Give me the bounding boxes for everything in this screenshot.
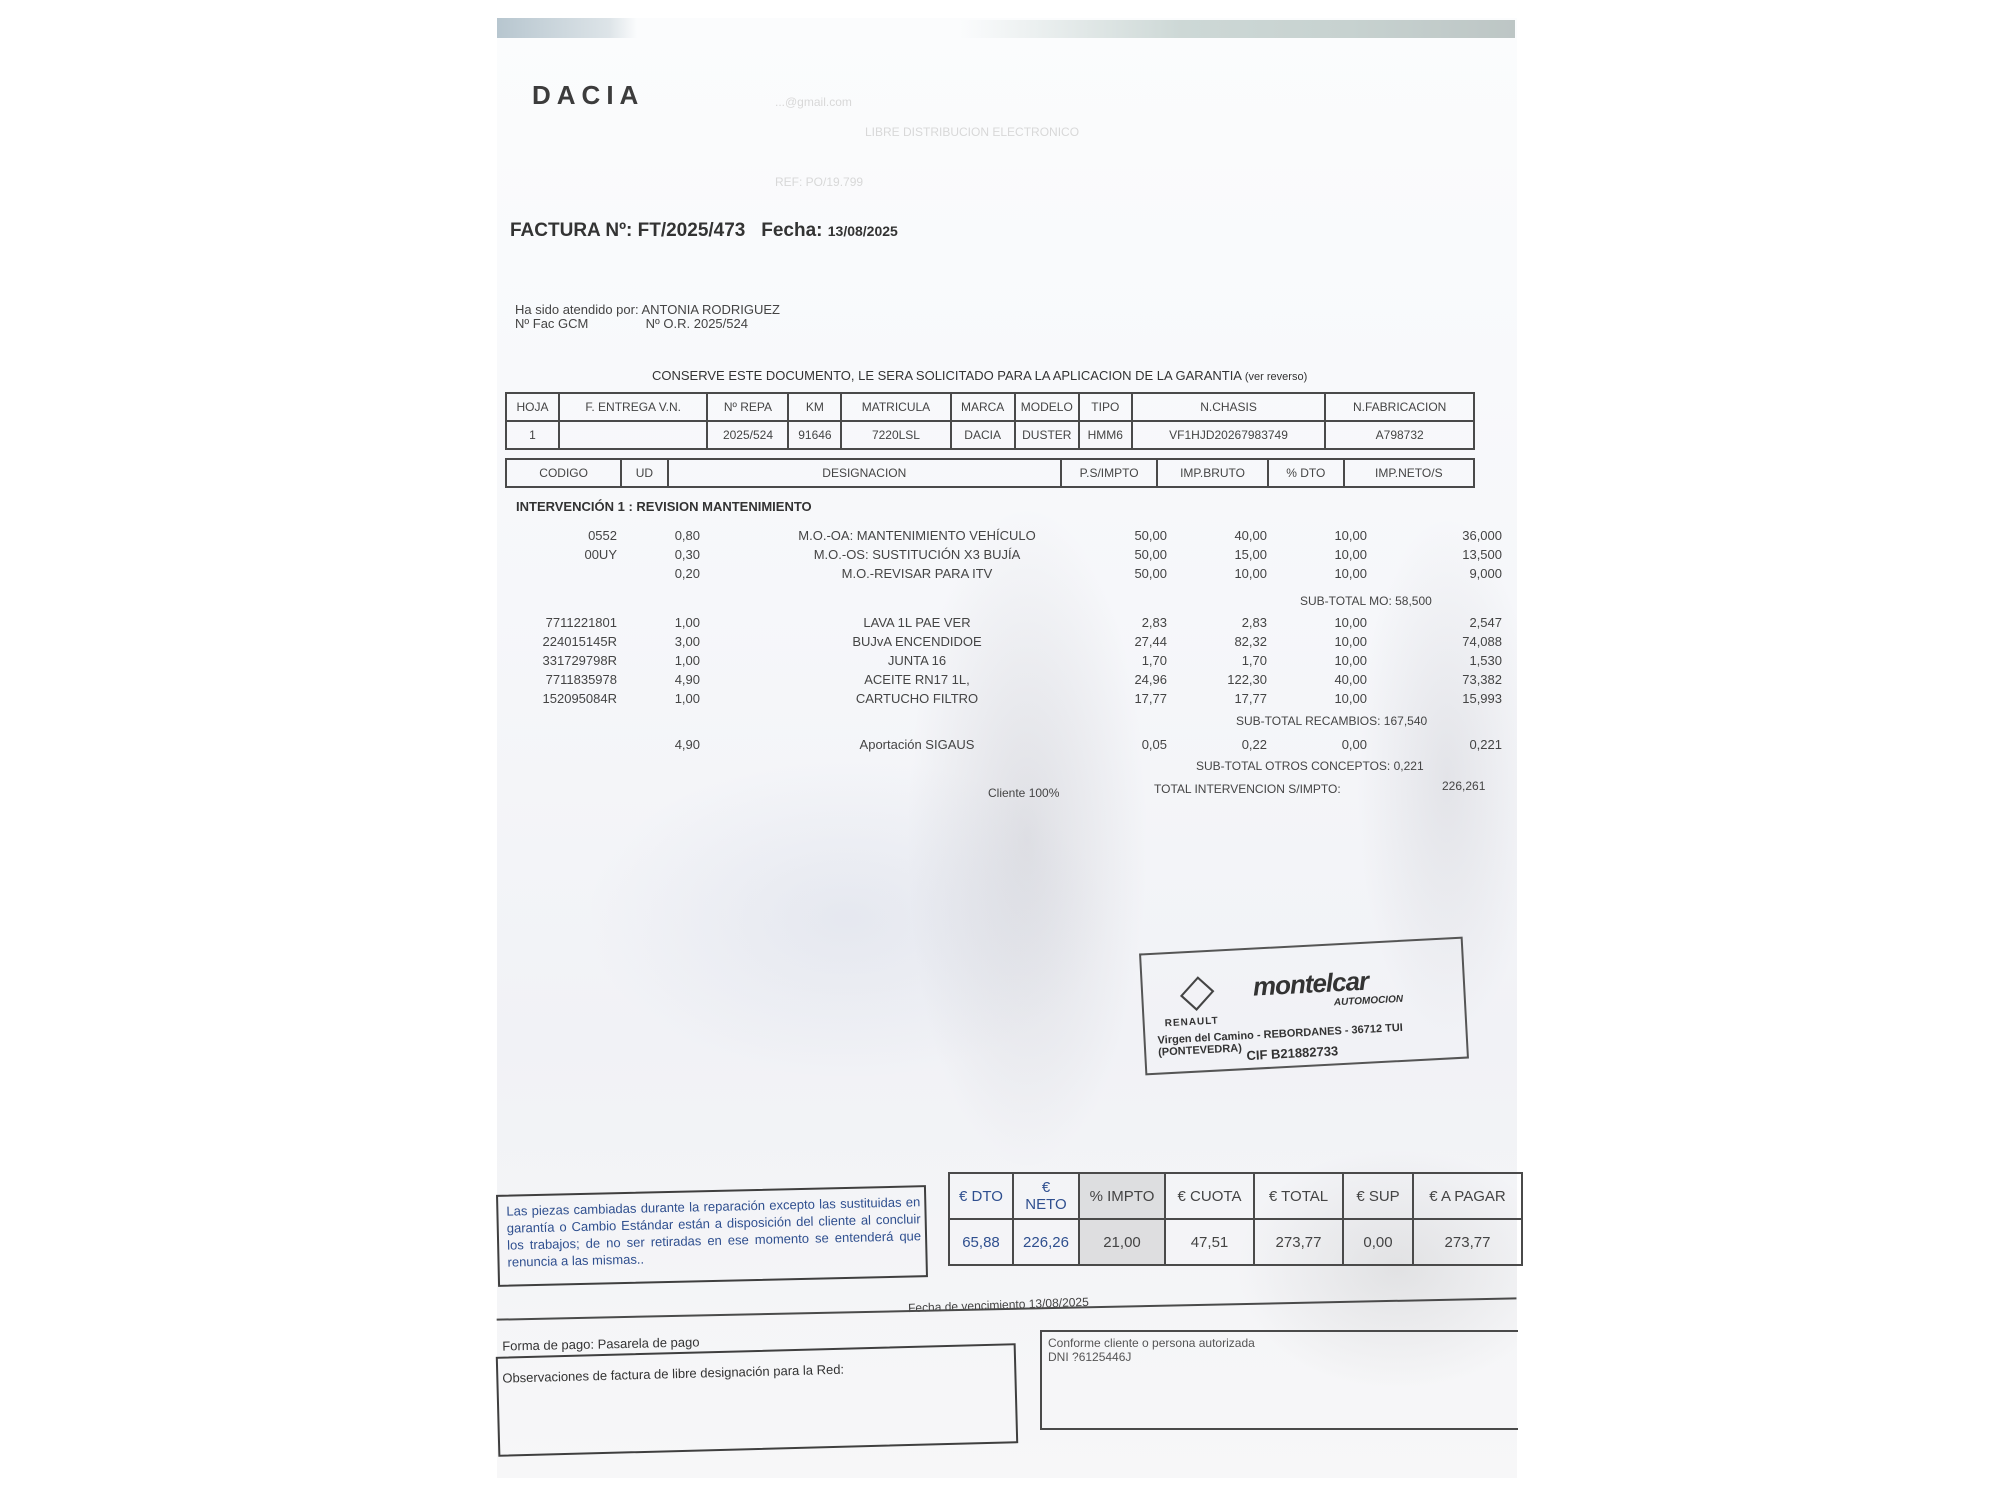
line-net: 9,000 [1377, 566, 1502, 581]
line-discount: 10,00 [1267, 634, 1367, 649]
parts-notice: Las piezas cambiadas durante la reparaci… [496, 1185, 928, 1287]
stamp-brand-sub: AUTOMOCION [1334, 994, 1404, 1009]
subtotal-labour: SUB-TOTAL MO: 58,500 [1300, 594, 1432, 608]
line-price: 0,05 [1077, 737, 1167, 752]
invoice-line: 152095084R1,00CARTUCHO FILTRO17,7717,771… [497, 691, 1517, 709]
line-designation: ACEITE RN17 1L, [727, 672, 1107, 687]
line-ud: 1,00 [620, 653, 700, 668]
line-code: 00UY [517, 547, 617, 562]
line-discount: 10,00 [1267, 615, 1367, 630]
totals-header: € TOTAL [1254, 1173, 1343, 1219]
dealer-stamp: RENAULT montelcar AUTOMOCION Virgen del … [1139, 937, 1469, 1076]
invoice-line: 77118359784,90ACEITE RN17 1L,24,96122,30… [497, 672, 1517, 690]
line-discount: 10,00 [1267, 566, 1367, 581]
total-intervention-label: TOTAL INTERVENCION S/IMPTO: [1154, 782, 1341, 796]
dni-label: DNI [1048, 1350, 1069, 1364]
line-net: 2,547 [1377, 615, 1502, 630]
line-gross: 2,83 [1167, 615, 1267, 630]
totals-table: € DTO€ NETO% IMPTO€ CUOTA€ TOTAL€ SUP€ A… [948, 1172, 1523, 1266]
observations-label: Observaciones de factura de libre design… [502, 1362, 844, 1386]
conformity-label: Conforme cliente o persona autorizada [1048, 1336, 1512, 1350]
line-ud: 1,00 [620, 691, 700, 706]
totals-value: 21,00 [1079, 1219, 1165, 1265]
line-ud: 1,00 [620, 615, 700, 630]
invoice-line: 77112218011,00LAVA 1L PAE VER2,832,8310,… [497, 615, 1517, 633]
line-net: 13,500 [1377, 547, 1502, 562]
totals-value: 47,51 [1165, 1219, 1254, 1265]
stamp-renault: RENAULT [1164, 1015, 1219, 1029]
line-discount: 10,00 [1267, 653, 1367, 668]
totals-value: 0,00 [1343, 1219, 1413, 1265]
totals-header: € SUP [1343, 1173, 1413, 1219]
observations-box: Observaciones de factura de libre design… [496, 1343, 1018, 1457]
line-gross: 122,30 [1167, 672, 1267, 687]
line-net: 1,530 [1377, 653, 1502, 668]
line-designation: M.O.-OA: MANTENIMIENTO VEHÍCULO [727, 528, 1107, 543]
invoice-line: 00UY0,30M.O.-OS: SUSTITUCIÓN X3 BUJÍA50,… [497, 547, 1517, 565]
line-code: 331729798R [517, 653, 617, 668]
totals-value: 226,26 [1013, 1219, 1079, 1265]
dni-value: ?6125446J [1072, 1350, 1131, 1364]
totals-header: € DTO [949, 1173, 1013, 1219]
line-price: 24,96 [1077, 672, 1167, 687]
line-ud: 4,90 [620, 737, 700, 752]
line-price: 50,00 [1077, 528, 1167, 543]
total-intervention-value: 226,261 [1442, 779, 1485, 793]
subtotal-other: SUB-TOTAL OTROS CONCEPTOS: 0,221 [1196, 759, 1424, 773]
totals-value: 65,88 [949, 1219, 1013, 1265]
line-ud: 0,80 [620, 528, 700, 543]
line-gross: 0,22 [1167, 737, 1267, 752]
payment-label: Forma de pago: [502, 1337, 594, 1354]
line-price: 50,00 [1077, 566, 1167, 581]
line-discount: 0,00 [1267, 737, 1367, 752]
totals-header: € NETO [1013, 1173, 1079, 1219]
subtotal-parts: SUB-TOTAL RECAMBIOS: 167,540 [1236, 714, 1427, 728]
invoice-line: 331729798R1,00JUNTA 161,701,7010,001,530 [497, 653, 1517, 671]
line-code: 152095084R [517, 691, 617, 706]
line-price: 50,00 [1077, 547, 1167, 562]
line-ud: 0,20 [620, 566, 700, 581]
line-discount: 40,00 [1267, 672, 1367, 687]
line-gross: 1,70 [1167, 653, 1267, 668]
line-price: 1,70 [1077, 653, 1167, 668]
line-designation: JUNTA 16 [727, 653, 1107, 668]
line-code: 0552 [517, 528, 617, 543]
line-price: 17,77 [1077, 691, 1167, 706]
line-code: 7711835978 [517, 672, 617, 687]
line-discount: 10,00 [1267, 528, 1367, 543]
conformity-box: Conforme cliente o persona autorizada DN… [1040, 1330, 1518, 1430]
invoice-line: 05520,80M.O.-OA: MANTENIMIENTO VEHÍCULO5… [497, 528, 1517, 546]
line-net: 36,000 [1377, 528, 1502, 543]
totals-header: € CUOTA [1165, 1173, 1254, 1219]
line-designation: CARTUCHO FILTRO [727, 691, 1107, 706]
line-discount: 10,00 [1267, 691, 1367, 706]
invoice-line: 4,90Aportación SIGAUS0,050,220,000,221 [497, 737, 1517, 755]
line-designation: BUJvA ENCENDIDOE [727, 634, 1107, 649]
line-code: 7711221801 [517, 615, 617, 630]
line-ud: 3,00 [620, 634, 700, 649]
totals-header: % IMPTO [1079, 1173, 1165, 1219]
line-net: 74,088 [1377, 634, 1502, 649]
invoice-line: 224015145R3,00BUJvA ENCENDIDOE27,4482,32… [497, 634, 1517, 652]
line-net: 15,993 [1377, 691, 1502, 706]
payment-value: Pasarela de pago [597, 1334, 699, 1351]
line-ud: 0,30 [620, 547, 700, 562]
line-code: 224015145R [517, 634, 617, 649]
line-discount: 10,00 [1267, 547, 1367, 562]
line-gross: 17,77 [1167, 691, 1267, 706]
line-price: 2,83 [1077, 615, 1167, 630]
totals-header: € A PAGAR [1413, 1173, 1522, 1219]
line-gross: 10,00 [1167, 566, 1267, 581]
totals-value: 273,77 [1413, 1219, 1522, 1265]
totals-value: 273,77 [1254, 1219, 1343, 1265]
client-share: Cliente 100% [988, 786, 1059, 800]
line-designation: LAVA 1L PAE VER [727, 615, 1107, 630]
renault-logo-icon [1180, 976, 1214, 1011]
line-gross: 15,00 [1167, 547, 1267, 562]
line-gross: 40,00 [1167, 528, 1267, 543]
invoice-line: 0,20M.O.-REVISAR PARA ITV50,0010,0010,00… [497, 566, 1517, 584]
line-gross: 82,32 [1167, 634, 1267, 649]
line-net: 0,221 [1377, 737, 1502, 752]
line-price: 27,44 [1077, 634, 1167, 649]
line-designation: M.O.-OS: SUSTITUCIÓN X3 BUJÍA [727, 547, 1107, 562]
line-designation: Aportación SIGAUS [727, 737, 1107, 752]
line-net: 73,382 [1377, 672, 1502, 687]
line-ud: 4,90 [620, 672, 700, 687]
line-designation: M.O.-REVISAR PARA ITV [727, 566, 1107, 581]
